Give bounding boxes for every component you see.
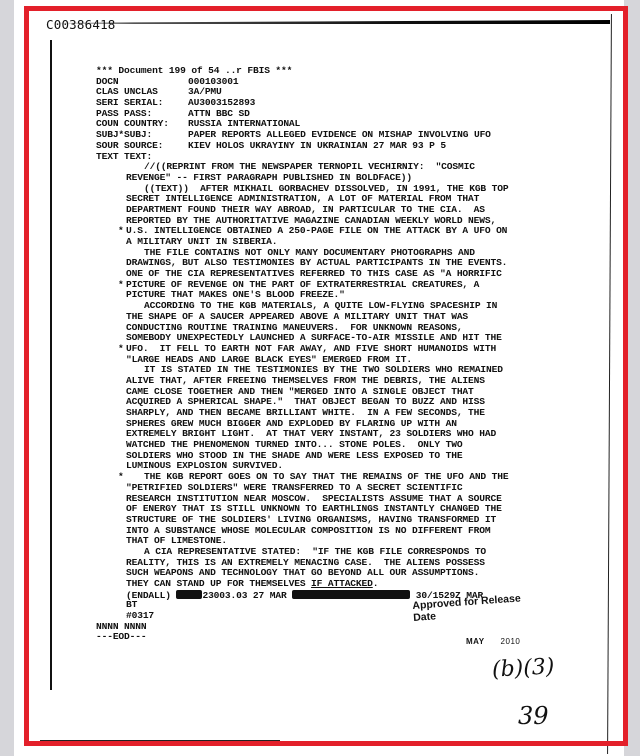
body-line-text: STRUCTURE OF THE SOLDIERS' LIVING ORGANI… — [126, 514, 496, 525]
body-line-text: THAT OF LIMESTONE. — [126, 535, 227, 546]
body-line-text: REPORTED BY THE AUTHORITATIVE MAGAZINE C… — [126, 215, 496, 226]
underlined-text: IF ATTACKED — [311, 578, 373, 589]
release-year: 2010 — [501, 637, 521, 646]
header-field-value: KIEV HOLOS UKRAYINY IN UKRAINIAN 27 MAR … — [188, 141, 446, 152]
body-line-text: REALITY, THIS IS AN EXTREMELY MENACING C… — [126, 557, 485, 568]
bt-line: BT — [126, 600, 596, 611]
redaction-block — [176, 590, 202, 599]
body-line-text: U.S. INTELLIGENCE OBTAINED A 250-PAGE FI… — [126, 225, 507, 236]
body-line-text: LUMINOUS EXPLOSION SURVIVED. — [126, 460, 283, 471]
body-line-text: RESEARCH INSTITUTION NEAR MOSCOW. SPECIA… — [126, 493, 502, 504]
margin-asterisk: * — [118, 280, 124, 291]
margin-asterisk: * — [118, 226, 124, 237]
body-line-text: EXTREMELY BRIGHT LIGHT. AT THAT VERY INS… — [126, 428, 496, 439]
document-body: //((REPRINT FROM THE NEWSPAPER TERNOPIL … — [126, 162, 596, 579]
body-line-text: A MILITARY UNIT IN SIBERIA. — [126, 236, 277, 247]
body-line-text: IT IS STATED IN THE TESTIMONIES BY THE T… — [144, 364, 503, 375]
body-line-text: CAME CLOSE TOGETHER AND THEN "MERGED INT… — [126, 386, 474, 397]
body-line-text: PICTURE OF REVENGE ON THE PART OF EXTRAT… — [126, 279, 479, 290]
body-line-text: SUCH WEAPONS AND TECHNOLOGY THAT GO BEYO… — [126, 567, 479, 578]
header-fields: DOCN000103001CLAS UNCLAS3A/PMUSERI SERIA… — [96, 77, 596, 163]
handwritten-page-number: 39 — [518, 702, 549, 730]
message-number: #0317 — [126, 611, 596, 622]
body-line-text: PICTURE THAT MAKES ONE'S BLOOD FREEZE." — [126, 289, 345, 300]
body-line-text: ACQUIRED A SPHERICAL SHAPE." THAT OBJECT… — [126, 396, 485, 407]
body-line-text: SECRET INTELLIGENCE ADMINISTRATION, A LO… — [126, 193, 479, 204]
document-title: *** Document 199 of 54 ..r FBIS *** — [96, 66, 596, 77]
body-line-text: SOLDIERS WHO STOOD IN THE SHADE AND WERE… — [126, 450, 462, 461]
header-field: SOUR SOURCE:KIEV HOLOS UKRAYINY IN UKRAI… — [96, 141, 596, 152]
body-line-text: THE SHAPE OF A SAUCER APPEARED ABOVE A M… — [126, 311, 468, 322]
body-line-text: SHARPLY, AND THEN BECAME BRILLIANT WHITE… — [126, 407, 485, 418]
header-field: SERI SERIAL:AU3003152893 — [96, 98, 596, 109]
body-line-text: "LARGE HEADS AND LARGE BLACK EYES" EMERG… — [126, 354, 412, 365]
nnnn-line: NNNN NNNN — [96, 622, 596, 633]
document-id: C00386418 — [46, 17, 116, 32]
body-line-text: DEPARTMENT FOUND THEIR WAY ABROAD, IN PA… — [126, 204, 485, 215]
eod-line: ---EOD--- — [96, 632, 596, 643]
header-field-key: SOUR SOURCE: — [96, 141, 188, 152]
body-line-text: SOMEBODY UNEXPECTEDLY LAUNCHED A SURFACE… — [126, 332, 502, 343]
body-line-text: ONE OF THE CIA REPRESENTATIVES REFERRED … — [126, 268, 502, 279]
body-line-text: THE FILE CONTAINS NOT ONLY MANY DOCUMENT… — [144, 247, 475, 258]
body-line-text: ALIVE THAT, AFTER FREEING THEMSELVES FRO… — [126, 375, 485, 386]
margin-asterisk: * — [118, 472, 124, 483]
body-line-text: THE KGB REPORT GOES ON TO SAY THAT THE R… — [144, 471, 508, 482]
header-field: CLAS UNCLAS3A/PMU — [96, 87, 596, 98]
body-line-text: CONDUCTING ROUTINE TRAINING MANEUVERS. F… — [126, 322, 462, 333]
body-line-text: //((REPRINT FROM THE NEWSPAPER TERNOPIL … — [144, 161, 475, 172]
release-date: MAY2010 — [466, 637, 520, 646]
body-line-text: OF ENERGY THAT IS STILL UNKNOWN TO EARTH… — [126, 503, 502, 514]
handwritten-exemption: (b)(3) — [491, 654, 555, 682]
last-quote-line: THEY CAN STAND UP FOR THEMSELVES IF ATTA… — [126, 579, 596, 590]
body-line-text: WATCHED THE PHENOMENON TURNED INTO... ST… — [126, 439, 462, 450]
body-line-text: INTO A SUBSTANCE WHOSE MOLECULAR COMPOSI… — [126, 525, 490, 536]
body-line-text: "PETRIFIED SOLDIERS" WERE TRANSFERRED TO… — [126, 482, 462, 493]
margin-asterisk: * — [118, 344, 124, 355]
endall-line: (ENDALL) 23003.03 27 MAR 30/1529Z MAR — [126, 590, 596, 601]
body-line-text: A CIA REPRESENTATIVE STATED: "IF THE KGB… — [144, 546, 486, 557]
header-field: DOCN000103001 — [96, 77, 596, 88]
body-line-text: UFO. IT FELL TO EARTH NOT FAR AWAY, AND … — [126, 343, 496, 354]
body-line-text: ACCORDING TO THE KGB MATERIALS, A QUITE … — [144, 300, 497, 311]
document-closing: THEY CAN STAND UP FOR THEMSELVES IF ATTA… — [126, 579, 596, 622]
fbis-document: *** Document 199 of 54 ..r FBIS *** DOCN… — [96, 66, 596, 643]
body-line-text: SPHERES GREW MUCH BIGGER AND EXPLODED BY… — [126, 418, 457, 429]
header-field: PASS PASS:ATTN BBC SD — [96, 109, 596, 120]
release-month: MAY — [466, 637, 485, 646]
redaction-block — [292, 590, 410, 599]
body-line-text: DRAWINGS, BUT ALSO TESTIMONIES BY ACTUAL… — [126, 257, 507, 268]
body-line-text: ((TEXT)) AFTER MIKHAIL GORBACHEV DISSOLV… — [144, 183, 508, 194]
body-line-text: REVENGE" -- FIRST PARAGRAPH PUBLISHED IN… — [126, 172, 412, 183]
